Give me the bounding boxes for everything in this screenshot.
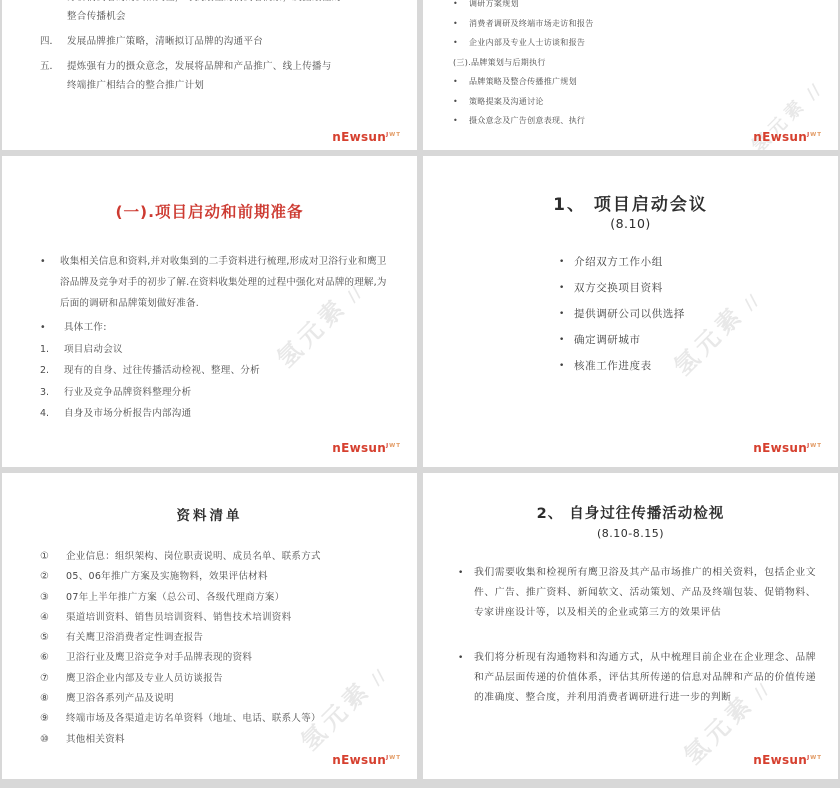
checklist-item: ② 05、06年推广方案及实施物料，效果评估材料	[40, 567, 405, 587]
bullet-icon: •	[453, 72, 469, 92]
checklist-item: ① 企业信息：组织架构、岗位职责说明、成员名单、联系方式	[40, 547, 405, 567]
list-item: • 品牌策略及整合传播推广规划	[453, 72, 826, 92]
task-item: 1. 项目启动会议	[40, 339, 401, 361]
checklist-item: ⑤ 有关鹰卫浴消费者定性调查报告	[40, 628, 405, 648]
bullet-paragraph: • 我们需要收集和检视所有鹰卫浴及其产品市场推广的相关资料，包括企业文件、广告、…	[458, 563, 816, 623]
slide-kickoff-meeting[interactable]: 1、 项目启动会议 (8.10) • 介绍双方工作小组 • 双方交换项目资料 •…	[423, 156, 838, 467]
item-text: 终端市场及各渠道走访名单资料（地址、电话、联系人等）	[66, 709, 321, 729]
bullet-icon: •	[453, 0, 469, 14]
logo-brand-text: nEwsun	[332, 130, 386, 144]
list-item: • 介绍双方工作小组	[559, 249, 828, 275]
item-text: 调研方案规划	[469, 0, 519, 14]
bullet-icon: •	[559, 249, 574, 275]
bullet-icon: •	[458, 563, 474, 623]
logo-sup-wt: WT	[810, 443, 822, 449]
item-text: 品牌策略及整合传播推广规划	[469, 72, 577, 92]
paragraph-text: 我们将分析现有沟通物料和沟通方式，从中梳理目前企业在企业理念、品牌和产品层面传递…	[474, 648, 816, 708]
list-item: 三． 分析消费者的购买相关性，寻找最佳的消费者洞察，发掘最佳的	[40, 0, 401, 7]
list-item: 五． 提炼强有力的摄众意念，发展将品牌和产品推广、线上传播与	[40, 57, 401, 76]
logo-sup-wt: WT	[810, 132, 822, 138]
item-text: 发展品牌推广策略，清晰拟订品牌的沟通平台	[67, 32, 401, 51]
bullet-icon: •	[453, 111, 469, 131]
bullet-icon: •	[559, 275, 574, 301]
bullet-icon: •	[453, 33, 469, 53]
item-number: 4.	[40, 403, 64, 425]
newsun-jwt-logo: nEwsunJWT	[332, 441, 401, 455]
item-text: 项目启动会议	[64, 339, 123, 361]
item-text: 鹰卫浴企业内部及专业人员访谈报告	[66, 669, 223, 689]
logo-brand-text: nEwsun	[332, 441, 386, 455]
item-text: 终端推广相结合的整合推广计划	[67, 76, 401, 95]
slide-date: (8.10-8.15)	[423, 527, 838, 540]
logo-sup-wt: WT	[810, 755, 822, 761]
slide-materials-checklist[interactable]: 资料清单 ① 企业信息：组织架构、岗位职责说明、成员名单、联系方式 ② 05、0…	[2, 473, 417, 779]
bullet-icon: •	[458, 648, 474, 708]
list-item: • 摄众意念及广告创意表现、执行	[453, 111, 826, 131]
list-item: • 调研方案规划	[453, 0, 826, 14]
slide-title: 1、 项目启动会议	[423, 190, 838, 215]
intro-paragraph: • 收集相关信息和资料,并对收集到的二手资料进行梳理,形成对卫浴行业和鹰卫浴品牌…	[40, 251, 392, 314]
task-list-label: • 具体工作:	[40, 317, 401, 339]
item-text: 05、06年推广方案及实施物料，效果评估材料	[66, 567, 268, 587]
item-number: ③	[40, 588, 66, 608]
newsun-jwt-logo: nEwsunJWT	[753, 753, 822, 767]
paragraph-text: 我们需要收集和检视所有鹰卫浴及其产品市场推广的相关资料，包括企业文件、广告、推广…	[474, 563, 816, 623]
agenda-list: 三． 分析消费者的购买相关性，寻找最佳的消费者洞察，发掘最佳的 整合传播机会 四…	[40, 0, 401, 95]
list-item: • 策略提案及沟通讨论	[453, 92, 826, 112]
section-header: (三).品牌策划与后期执行	[453, 53, 826, 73]
checklist-item: ⑩ 其他相关资料	[40, 730, 405, 750]
item-number: ⑧	[40, 689, 66, 709]
slide-project-kickoff-prep[interactable]: (一).项目启动和前期准备 • 收集相关信息和资料,并对收集到的二手资料进行梳理…	[2, 156, 417, 467]
newsun-jwt-logo: nEwsunJWT	[332, 753, 401, 767]
bullet-icon: •	[40, 317, 64, 339]
list-item: • 提供调研公司以供选择	[559, 301, 828, 327]
item-text: 分析消费者的购买相关性，寻找最佳的消费者洞察，发掘最佳的	[67, 0, 401, 7]
item-text: 企业信息：组织架构、岗位职责说明、成员名单、联系方式	[66, 547, 321, 567]
slide-agenda-1[interactable]: 三． 分析消费者的购买相关性，寻找最佳的消费者洞察，发掘最佳的 整合传播机会 四…	[2, 0, 417, 150]
list-item: • 企业内部及专业人士访谈和报告	[453, 33, 826, 53]
newsun-jwt-logo: nEwsunJWT	[753, 441, 822, 455]
task-item: 4. 自身及市场分析报告内部沟通	[40, 403, 401, 425]
slide-title: 资料清单	[2, 504, 417, 524]
item-number: ①	[40, 547, 66, 567]
item-text: 核准工作进度表	[574, 353, 652, 379]
logo-sup-wt: WT	[389, 443, 401, 449]
item-number: ⑤	[40, 628, 66, 648]
task-item: 3. 行业及竞争品牌资料整理分析	[40, 382, 401, 404]
task-item: 2. 现有的自身、过往传播活动检视、整理、分析	[40, 360, 401, 382]
item-text: 双方交换项目资料	[574, 275, 663, 301]
item-text: 现有的自身、过往传播活动检视、整理、分析	[64, 360, 260, 382]
item-number: ④	[40, 608, 66, 628]
logo-brand-text: nEwsun	[332, 753, 386, 767]
logo-brand-text: nEwsun	[753, 753, 807, 767]
task-list: • 具体工作: 1. 项目启动会议 2. 现有的自身、过往传播活动检视、整理、分…	[40, 317, 401, 425]
item-text: 卫浴行业及鹰卫浴竞争对手品牌表现的资料	[66, 648, 252, 668]
item-text: 策略提案及沟通讨论	[469, 92, 544, 112]
bullet-icon: •	[453, 92, 469, 112]
logo-sup-wt: WT	[389, 755, 401, 761]
item-text: 其他相关资料	[66, 730, 125, 750]
bullet-icon: •	[559, 353, 574, 379]
logo-brand-text: nEwsun	[753, 441, 807, 455]
logo-sup-wt: WT	[389, 132, 401, 138]
item-text: 介绍双方工作小组	[574, 249, 663, 275]
item-text: 提炼强有力的摄众意念，发展将品牌和产品推广、线上传播与	[67, 57, 401, 76]
checklist: ① 企业信息：组织架构、岗位职责说明、成员名单、联系方式 ② 05、06年推广方…	[40, 547, 405, 750]
item-number: 四．	[40, 32, 67, 51]
intro-text: 收集相关信息和资料,并对收集到的二手资料进行梳理,形成对卫浴行业和鹰卫浴品牌及竞…	[60, 251, 392, 314]
list-item: • 确定调研城市	[559, 327, 828, 353]
item-number: 2.	[40, 360, 64, 382]
item-number	[40, 76, 67, 95]
bullet-icon: •	[40, 251, 60, 314]
slide-agenda-2[interactable]: • 调研方案规划 • 消费者调研及终端市场走访和报告 • 企业内部及专业人士访谈…	[423, 0, 838, 150]
logo-brand-text: nEwsun	[753, 130, 807, 144]
item-number: 五．	[40, 57, 67, 76]
list-item: 终端推广相结合的整合推广计划	[40, 76, 401, 95]
item-text: 有关鹰卫浴消费者定性调查报告	[66, 628, 203, 648]
agenda-list: • 调研方案规划 • 消费者调研及终端市场走访和报告 • 企业内部及专业人士访谈…	[453, 0, 826, 131]
bullet-icon: •	[559, 301, 574, 327]
item-text: 企业内部及专业人士访谈和报告	[469, 33, 585, 53]
item-number: 1.	[40, 339, 64, 361]
slide-title: (一).项目启动和前期准备	[2, 200, 417, 222]
list-item: 整合传播机会	[40, 7, 401, 26]
checklist-item: ⑨ 终端市场及各渠道走访名单资料（地址、电话、联系人等）	[40, 709, 405, 729]
checklist-item: ⑥ 卫浴行业及鹰卫浴竞争对手品牌表现的资料	[40, 648, 405, 668]
list-item: 四． 发展品牌推广策略，清晰拟订品牌的沟通平台	[40, 32, 401, 51]
slide-date: (8.10)	[423, 216, 838, 231]
item-text: 行业及竞争品牌资料整理分析	[64, 382, 191, 404]
checklist-item: ③ 07年上半年推广方案（总公司、各级代理商方案）	[40, 588, 405, 608]
item-text: 07年上半年推广方案（总公司、各级代理商方案）	[66, 588, 285, 608]
item-text: 摄众意念及广告创意表现、执行	[469, 111, 585, 131]
newsun-jwt-logo: nEwsunJWT	[332, 130, 401, 144]
item-text: 渠道培训资料、销售员培训资料、销售技术培训资料	[66, 608, 291, 628]
item-text: 鹰卫浴各系列产品及说明	[66, 689, 174, 709]
section-header-text: (三).品牌策划与后期执行	[453, 53, 546, 73]
bullet-icon: •	[559, 327, 574, 353]
item-number: ②	[40, 567, 66, 587]
bullet-list: • 介绍双方工作小组 • 双方交换项目资料 • 提供调研公司以供选择 • 确定调…	[559, 249, 828, 379]
list-item: • 消费者调研及终端市场走访和报告	[453, 14, 826, 34]
checklist-item: ⑧ 鹰卫浴各系列产品及说明	[40, 689, 405, 709]
item-text: 整合传播机会	[67, 7, 401, 26]
item-number: 3.	[40, 382, 64, 404]
item-text: 提供调研公司以供选择	[574, 301, 685, 327]
checklist-item: ④ 渠道培训资料、销售员培训资料、销售技术培训资料	[40, 608, 405, 628]
item-number: ⑥	[40, 648, 66, 668]
item-text: 消费者调研及终端市场走访和报告	[469, 14, 594, 34]
item-number: ⑦	[40, 669, 66, 689]
bullet-paragraph: • 我们将分析现有沟通物料和沟通方式，从中梳理目前企业在企业理念、品牌和产品层面…	[458, 648, 816, 708]
checklist-item: ⑦ 鹰卫浴企业内部及专业人员访谈报告	[40, 669, 405, 689]
item-number	[40, 7, 67, 26]
slide-title: 2、 自身过往传播活动检视	[423, 502, 838, 523]
item-number: ⑨	[40, 709, 66, 729]
item-text: 自身及市场分析报告内部沟通	[64, 403, 191, 425]
slide-past-communication-review[interactable]: 2、 自身过往传播活动检视 (8.10-8.15) • 我们需要收集和检视所有鹰…	[423, 473, 838, 779]
bullet-icon: •	[453, 14, 469, 34]
item-text: 确定调研城市	[574, 327, 641, 353]
item-number: ⑩	[40, 730, 66, 750]
list-item: • 双方交换项目资料	[559, 275, 828, 301]
item-number: 三．	[40, 0, 67, 7]
newsun-jwt-logo: nEwsunJWT	[753, 130, 822, 144]
list-item: • 核准工作进度表	[559, 353, 828, 379]
label-text: 具体工作:	[64, 317, 107, 339]
